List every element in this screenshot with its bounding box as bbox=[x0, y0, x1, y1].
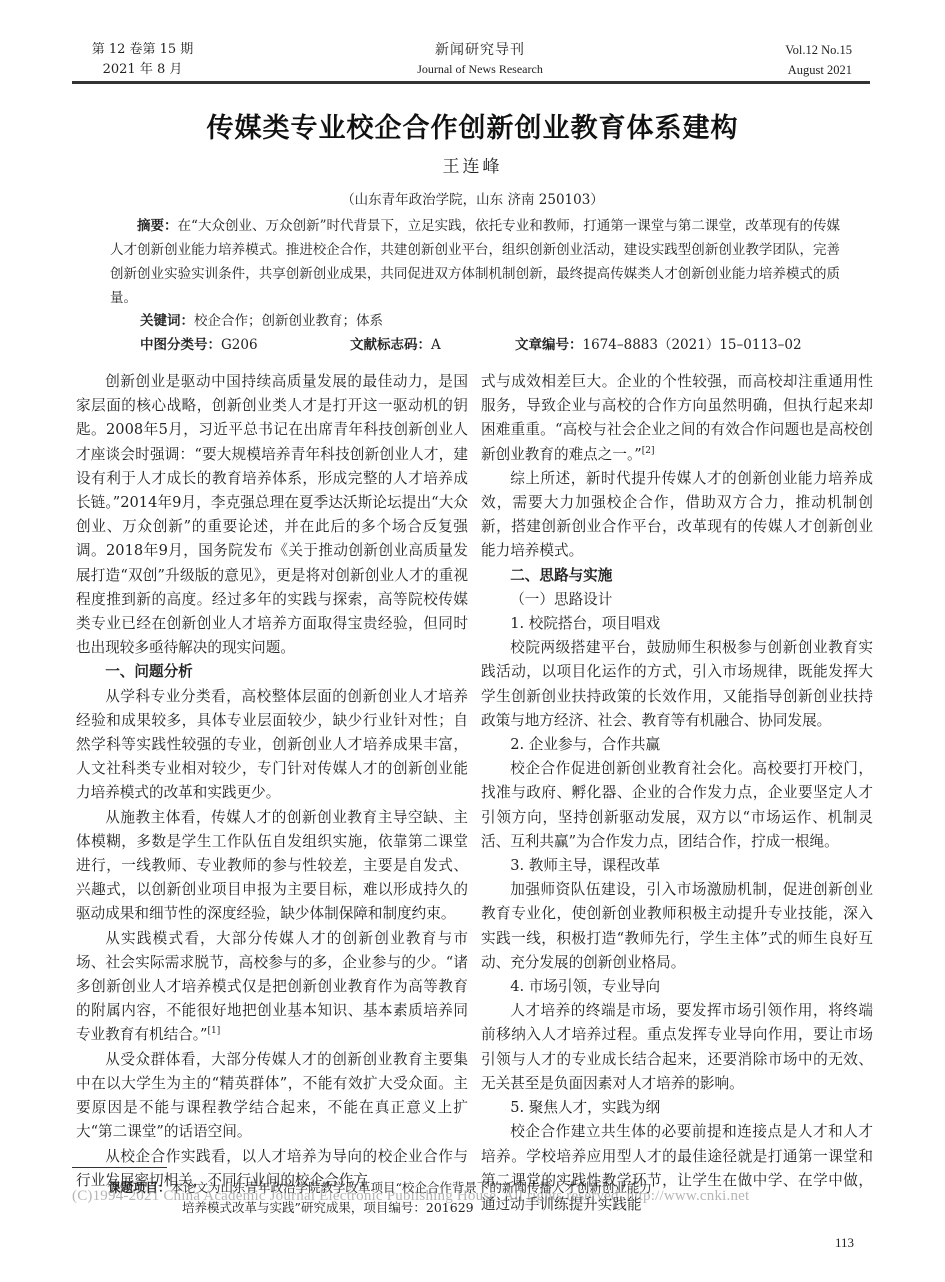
clc-value: G206 bbox=[221, 337, 258, 353]
section-heading: 二、思路与实施 bbox=[481, 564, 873, 588]
running-header: 第 12 卷第 15 期 2021 年 8 月 新闻研究导刊 Journal o… bbox=[0, 36, 945, 82]
abstract-text: 在“大众创业、万众创新”时代背景下，立足实践，依托专业和教师，打通第一课堂与第二… bbox=[110, 218, 840, 306]
issue-info-en: Vol.12 No.15 August 2021 bbox=[785, 40, 852, 80]
footnote-divider bbox=[72, 1167, 167, 1168]
issue-info: 第 12 卷第 15 期 2021 年 8 月 bbox=[80, 40, 205, 80]
body-column-right: 式与成效相差巨大。企业的个性较强，而高校却注重通用性服务，导致企业与高校的合作方… bbox=[481, 370, 873, 1217]
paragraph: 加强师资队伍建设，引入市场激励机制，促进创新创业教育专业化，使创新创业教师积极主… bbox=[481, 878, 873, 975]
clc-label: 中图分类号： bbox=[140, 337, 221, 353]
section-heading: 一、问题分析 bbox=[76, 660, 468, 684]
article-no-value: 1674–8883（2021）15–0113–02 bbox=[583, 337, 802, 353]
paragraph: 式与成效相差巨大。企业的个性较强，而高校却注重通用性服务，导致企业与高校的合作方… bbox=[481, 370, 873, 467]
article-number: 文章编号：1674–8883（2021）15–0113–02 bbox=[515, 333, 802, 357]
subsubsection-heading: 3. 教师主导，课程改革 bbox=[481, 854, 873, 878]
paragraph: 人才培养的终端是市场，要发挥市场引领作用，将终端前移纳入人才培养过程。重点发挥专… bbox=[481, 999, 873, 1096]
clc-number: 中图分类号：G206 bbox=[140, 333, 258, 357]
subsubsection-heading: 1. 校院搭台，项目唱戏 bbox=[481, 612, 873, 636]
author-name: 王连峰 bbox=[0, 152, 945, 177]
subsection-heading: （一）思路设计 bbox=[481, 588, 873, 612]
paragraph: 从施教主体看，传媒人才的创新创业教育主导空缺、主体模糊，多数是学生工作队伍自发组… bbox=[76, 806, 468, 927]
date-en: August 2021 bbox=[785, 60, 852, 80]
doc-code-value: A bbox=[431, 337, 441, 353]
date-cn: 2021 年 8 月 bbox=[80, 60, 205, 80]
copyright-watermark: (C)1994-2021 China Academic Journal Elec… bbox=[72, 1188, 872, 1205]
journal-name-cn: 新闻研究导刊 bbox=[370, 40, 590, 60]
keywords-label: 关键词： bbox=[140, 313, 194, 329]
paragraph-text: 式与成效相差巨大。企业的个性较强，而高校却注重通用性服务，导致企业与高校的合作方… bbox=[481, 373, 873, 463]
volume-issue-en: Vol.12 No.15 bbox=[785, 40, 852, 60]
article-no-label: 文章编号： bbox=[515, 337, 583, 353]
paragraph: 从实践模式看，大部分传媒人才的创新创业教育与市场、社会实际需求脱节，高校参与的多… bbox=[76, 927, 468, 1048]
keywords-text: 校企合作；创新创业教育；体系 bbox=[194, 313, 383, 329]
journal-name-en: Journal of News Research bbox=[370, 60, 590, 78]
page-number: 113 bbox=[835, 1235, 854, 1251]
journal-name: 新闻研究导刊 Journal of News Research bbox=[370, 40, 590, 78]
paragraph: 创新创业是驱动中国持续高质量发展的最佳动力，是国家层面的核心战略，创新创业类人才… bbox=[76, 370, 468, 660]
paragraph: 校院两级搭建平台，鼓励师生积极参与创新创业教育实践活动，以项目化运作的方式，引入… bbox=[481, 636, 873, 733]
body-column-left: 创新创业是驱动中国持续高质量发展的最佳动力，是国家层面的核心战略，创新创业类人才… bbox=[76, 370, 468, 1193]
paragraph: 综上所述，新时代提升传媒人才的创新创业能力培养成效，需要大力加强校企合作，借助双… bbox=[481, 467, 873, 564]
paragraph-text: 从实践模式看，大部分传媒人才的创新创业教育与市场、社会实际需求脱节，高校参与的多… bbox=[76, 930, 468, 1044]
paragraph: 从受众群体看，大部分传媒人才的创新创业教育主要集中在以大学生为主的“精英群体”，… bbox=[76, 1048, 468, 1145]
document-code: 文献标志码：A bbox=[350, 333, 441, 357]
abstract-label: 摘要： bbox=[137, 218, 178, 234]
header-divider bbox=[72, 81, 870, 84]
subsubsection-heading: 4. 市场引领，专业导向 bbox=[481, 975, 873, 999]
subsubsection-heading: 2. 企业参与，合作共赢 bbox=[481, 733, 873, 757]
citation-ref: [2] bbox=[642, 446, 655, 456]
subsubsection-heading: 5. 聚焦人才，实践为纲 bbox=[481, 1096, 873, 1120]
abstract: 摘要：在“大众创业、万众创新”时代背景下，立足实践，依托专业和教师，打通第一课堂… bbox=[110, 214, 840, 310]
doc-code-label: 文献标志码： bbox=[350, 337, 431, 353]
article-title: 传媒类专业校企合作创新创业教育体系建构 bbox=[0, 106, 945, 145]
citation-ref: [1] bbox=[208, 1026, 221, 1036]
author-affiliation: （山东青年政治学院，山东 济南 250103） bbox=[0, 188, 945, 208]
paragraph: 校企合作促进创新创业教育社会化。高校要打开校门，找准与政府、孵化器、企业的合作发… bbox=[481, 757, 873, 854]
keywords: 关键词：校企合作；创新创业教育；体系 bbox=[140, 309, 383, 333]
volume-issue-cn: 第 12 卷第 15 期 bbox=[80, 40, 205, 60]
paragraph: 从学科专业分类看，高校整体层面的创新创业人才培养经验和成果较多，具体专业层面较少… bbox=[76, 685, 468, 806]
